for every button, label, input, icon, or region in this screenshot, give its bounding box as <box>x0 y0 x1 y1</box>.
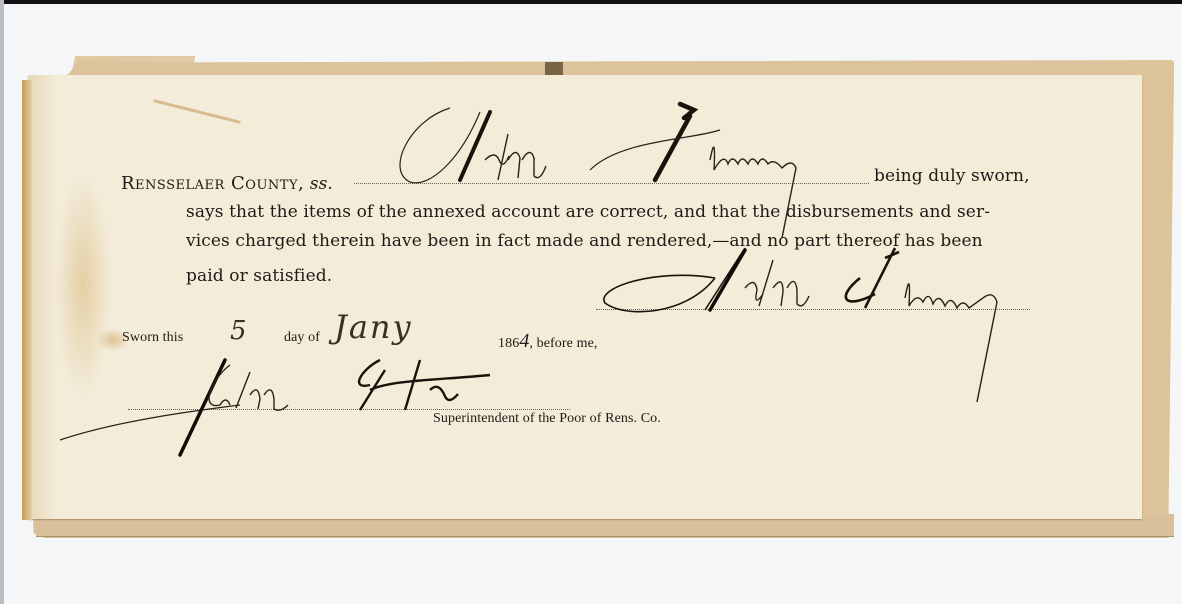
day-value: 5 <box>230 316 247 346</box>
official-title: Superintendent of the Poor of Rens. Co. <box>433 411 661 427</box>
county-label: Rensselaer County, <box>121 173 304 194</box>
year-suffix-value: 4 <box>519 330 529 352</box>
year-prefix: 186 <box>498 336 519 351</box>
paper-stained-edge <box>22 80 32 520</box>
ss-label: ss. <box>310 174 333 194</box>
sworn-suffix: being duly sworn, <box>874 166 1030 186</box>
month-value: Jany <box>334 308 413 346</box>
body-line-1: says that the items of the annexed accou… <box>186 202 990 222</box>
scan-top-border <box>0 0 1182 4</box>
sworn-this-label: Sworn this <box>122 330 183 346</box>
body-line-3: paid or satisfied. <box>186 266 332 286</box>
scan-left-border <box>0 0 4 604</box>
day-of-label: day of <box>284 330 320 346</box>
county-line: Rensselaer County, ss. <box>121 173 333 194</box>
before-me-label: , before me, <box>529 336 597 351</box>
